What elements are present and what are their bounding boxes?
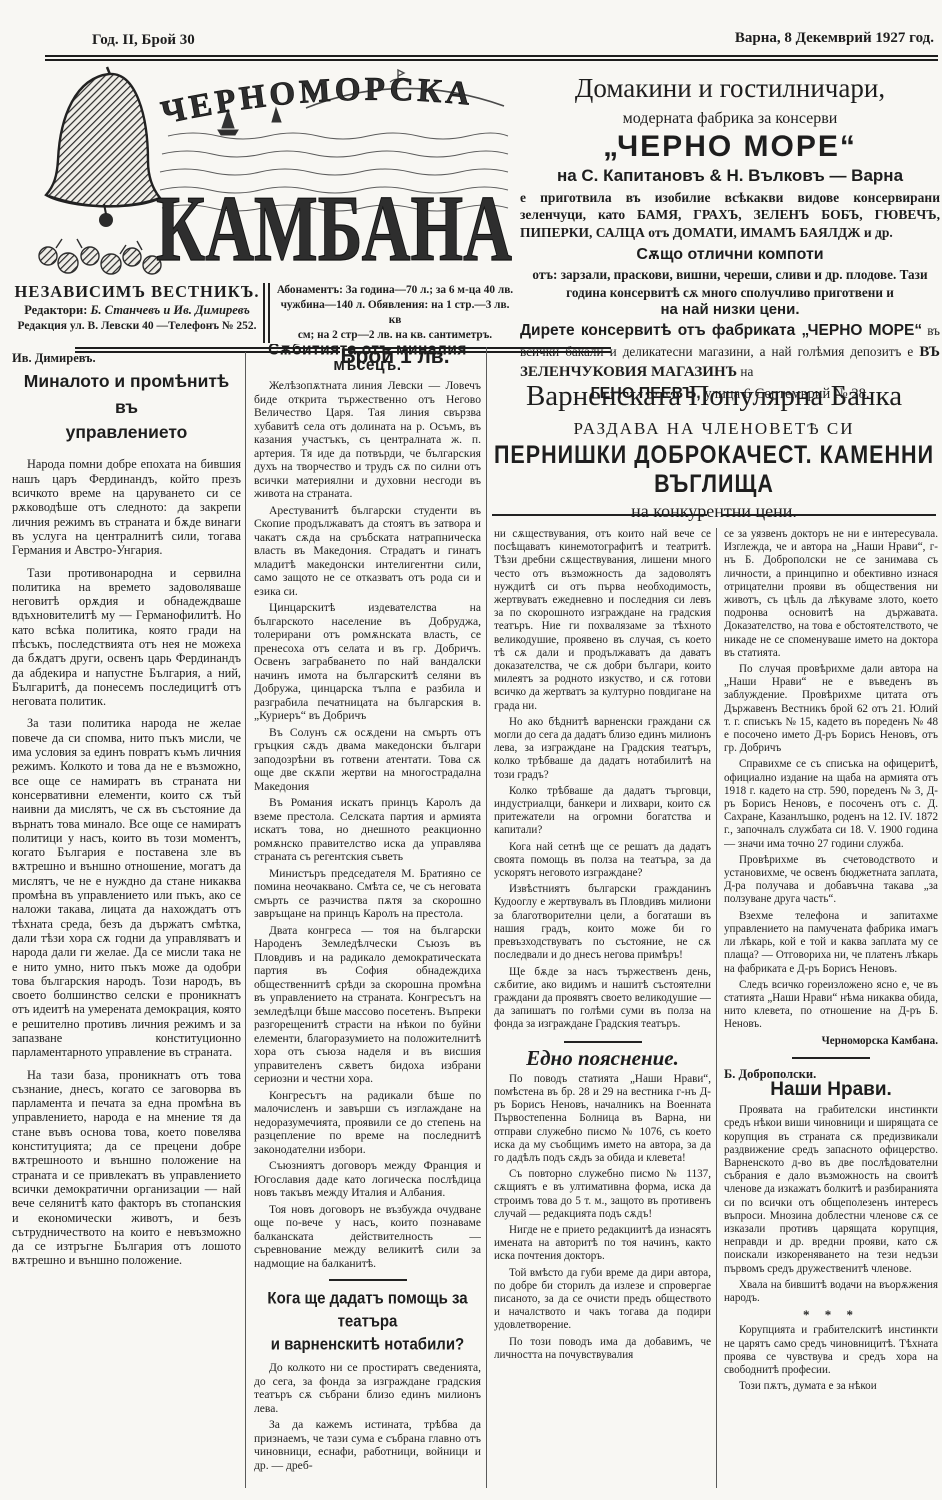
ad-body-fragment: на	[737, 364, 753, 379]
bank-name: Варненската Популярна Банка	[488, 380, 940, 413]
paragraph: По случая провѣрихме дали автора на „Наш…	[724, 663, 938, 755]
column-4: се за уязвенъ докторъ не ни е интересува…	[724, 528, 938, 1494]
paragraph: Но ако бѣднитѣ варненски граждани сѫ мог…	[494, 716, 711, 782]
article-title-line: управлението	[12, 420, 241, 445]
editorial-address: Редакция ул. В. Левски 40 —Телефонъ № 25…	[12, 319, 262, 334]
ad-body-text: е приготвила въ изобилие всѣкакви видове…	[520, 189, 940, 242]
paragraph: Корупцията и грабителскитѣ инстинкти не …	[724, 1324, 938, 1377]
ad-headline: Домакини и гостилничари,	[520, 74, 940, 104]
article-title: Сѫбитията отъ миналия мѣсецъ.	[254, 344, 481, 372]
masthead-title-top: ЧЕРНОМОРСКА	[158, 72, 475, 132]
paragraph: До колкото ни се простиратъ сведенията, …	[254, 1361, 481, 1415]
column-2: Сѫбитията отъ миналия мѣсецъ. Желѣзопѫтн…	[254, 344, 481, 1494]
paragraph: Хвала на бившитѣ водачи на въорѫжения на…	[724, 1279, 938, 1305]
bank-subline: РАЗДАВА НА ЧЛЕНОВЕТѢ СИ	[488, 419, 940, 439]
subscription-line: Абонаментъ: За година—70 л.; за 6 м-ца 4…	[276, 283, 514, 298]
paragraph: Въ Солунъ сѫ осѫдени на смърть отъ гръцк…	[254, 726, 481, 794]
editors-line: Редактори: Б. Станчевъ и Ив. Димиревъ	[12, 302, 262, 318]
column-1: Ив. Димиревъ. Миналото и промѣнитѣ въ уп…	[12, 351, 241, 1493]
ad-body-text: отъ: зарзали, праскови, вишни, череши, с…	[520, 266, 940, 301]
article-divider	[564, 1041, 642, 1043]
top-rule	[45, 55, 938, 61]
article-paragraphs: Но ако бѣднитѣ варненски граждани сѫ мог…	[494, 716, 711, 1032]
column-rule	[245, 352, 246, 1488]
paragraph: Конгресътъ на радикали бѣше по малочисле…	[254, 1089, 481, 1157]
article-title: Наши Нрави.	[724, 1083, 938, 1096]
article-divider	[329, 1279, 407, 1281]
ad-compote-line: Сѫщо отлични компоти	[520, 246, 940, 264]
column-rule	[486, 347, 487, 1488]
paragraph: Арестуванитѣ български студенти въ Скопи…	[254, 504, 481, 599]
ad-subline: модерната фабрика за консерви	[520, 110, 940, 128]
paragraph: Цинцарскитѣ издевателства на българското…	[254, 601, 481, 723]
article-title-line: Миналото и промѣнитѣ въ	[12, 369, 241, 420]
paragraph: Кога най сетнѣ ще се решатъ да дадатъ св…	[494, 841, 711, 881]
paragraph: Нигде не е прието редакциитѣ да изнасятъ…	[494, 1224, 711, 1264]
nameplate-block: НЕЗАВИСИМЪ ВЕСТНИКЪ. Редактори: Б. Станч…	[12, 281, 262, 334]
paragraph: Съ повторно служебно писмо № 1137, сѫщия…	[494, 1168, 711, 1221]
paragraph: За да кажемъ истината, трѣбва да признае…	[254, 1418, 481, 1472]
ad-owners: на С. Капитановъ & Н. Вълковъ — Варна	[520, 166, 940, 186]
paragraph: Колко трѣбваше да дадатъ търговци, индус…	[494, 785, 711, 838]
paragraph: Взехме телефона и запитахме управлението…	[724, 910, 938, 976]
crowd-figures	[39, 239, 161, 274]
paragraph: По поводъ статията „Наши Нрави“, помѣсте…	[494, 1073, 711, 1165]
paragraph: По този поводъ има да добавимъ, че лично…	[494, 1336, 711, 1362]
article-paragraphs: Корупцията и грабителскитѣ инстинкти не …	[724, 1324, 938, 1393]
masthead-title-main: КАМБАНА	[156, 177, 512, 278]
article-title-line: Кога ще дадатъ помощь за театъра	[254, 1287, 481, 1333]
ad-body-text: Дирете консервитѣ отъ фабриката „ЧЕРНО М…	[520, 321, 940, 382]
paragraph: Тази противонародна и сервилна политика …	[12, 566, 241, 709]
paragraph: Ще бѫде за насъ тържественъ день, сѫбити…	[494, 966, 711, 1032]
ad-conserve-factory: Домакини и гостилничари, модерната фабри…	[520, 74, 940, 403]
article-title: Кога ще дадатъ помощь за театъра и варне…	[254, 1287, 481, 1356]
paragraph: За тази политика народа не желае повече …	[12, 716, 241, 1059]
editors-label: Редактори:	[24, 303, 90, 317]
column-rule	[716, 528, 717, 1488]
article-paragraphs: Проявата на грабителски инстинкти средъ …	[724, 1104, 938, 1305]
masthead-illustration: ЧЕРНОМОРСКА КАМБАНА	[10, 64, 512, 278]
ad-call-to-action: Дирете консервитѣ отъ фабриката „ЧЕРНО М…	[520, 322, 922, 339]
paragraph: Справихме се съ списъка на офицеритѣ, оф…	[724, 758, 938, 850]
paragraph: Народа помни добре епохата на бившия наш…	[12, 457, 241, 557]
article-title-line: и варненскитѣ нотабили?	[254, 1333, 481, 1356]
paragraph: Провѣрихме въ счетоводството и установих…	[724, 854, 938, 907]
bank-price-line: на конкурентни цени.	[488, 501, 940, 522]
nameplate-divider	[263, 283, 270, 343]
paragraph-continuation: ни сѫществувания, отъ които най вече се …	[494, 528, 711, 713]
paragraph: Желѣзопѫтната линия Левски — Ловечъ биде…	[254, 379, 481, 501]
article-paragraphs: По поводъ статията „Наши Нрави“, помѣсте…	[494, 1073, 711, 1362]
byline: Ив. Димиревъ.	[12, 351, 241, 365]
paragraph-continuation: се за уязвенъ докторъ не ни е интересува…	[724, 528, 938, 660]
subscription-line: чужбина—140 л. Обявления: на 1 стр.—3 лв…	[276, 298, 514, 328]
paragraph: Той вмѣсто да губи време да дири автора,…	[494, 1267, 711, 1333]
bank-rule	[492, 514, 707, 516]
paragraph: Тоя новъ договоръ не възбужда очудване о…	[254, 1203, 481, 1271]
paragraph: Този пѫтъ, думата е за нѣкои	[724, 1380, 938, 1393]
ad-brand-name: „ЧЕРНО МОРЕ“	[520, 130, 940, 164]
subscription-line: см; на 2 стр—2 лв. на кв. сантиметръ.	[276, 328, 514, 343]
newspaper-page: Год. II, Брой 30 Варна, 8 Декемврий 1927…	[0, 0, 942, 1500]
paragraph: Въ Романия искатъ принцъ Каролъ да вземе…	[254, 796, 481, 864]
paragraph: Министъръ председателя М. Братияно се по…	[254, 867, 481, 921]
paragraph: Съюзниятъ договоръ между Франция и Югосл…	[254, 1159, 481, 1200]
bank-rule	[722, 514, 936, 516]
article-paragraphs: Желѣзопѫтната линия Левски — Ловечъ биде…	[254, 379, 481, 1270]
article-title: Едно пояснение.	[494, 1052, 711, 1065]
article-paragraphs: До колкото ни се простиратъ сведенията, …	[254, 1361, 481, 1472]
ad-price-emphasis: на най низки цени.	[520, 301, 940, 318]
bell-icon	[46, 67, 160, 227]
editors-names: Б. Станчевъ и Ив. Димиревъ	[90, 303, 249, 317]
paragraph: Двата конгреса — тоя на български Народе…	[254, 924, 481, 1086]
paragraph: Извѣстниятъ български гражданинъ Кудоогл…	[494, 883, 711, 962]
paragraph: Следъ всичко гореизложено ясно е, че въ …	[724, 979, 938, 1032]
article-divider	[792, 1057, 870, 1059]
paragraph: На тази база, проникнатъ отъ това съзнан…	[12, 1068, 241, 1268]
bank-product-line: ПЕРНИШКИ ДОБРОКАЧЕСТ. КАМЕННИ ВЪГЛИЩА	[488, 442, 940, 500]
newspaper-subtitle: НЕЗАВИСИМЪ ВЕСТНИКЪ.	[12, 281, 262, 302]
ad-popular-bank: Варненската Популярна Банка РАЗДАВА НА Ч…	[488, 380, 940, 522]
article-title: Миналото и промѣнитѣ въ управлението	[12, 369, 241, 445]
issue-number: Год. II, Брой 30	[92, 32, 195, 49]
column-3: ни сѫществувания, отъ които най вече се …	[494, 528, 711, 1494]
article-paragraphs: По случая провѣрихме дали автора на „Наш…	[724, 663, 938, 1031]
article-signature: Черноморска Камбана.	[724, 1035, 938, 1048]
paragraph: Проявата на грабителски инстинкти средъ …	[724, 1104, 938, 1276]
section-separator: * * *	[724, 1308, 938, 1321]
article-paragraphs: Народа помни добре епохата на бившия наш…	[12, 457, 241, 1267]
publication-date: Варна, 8 Декемврий 1927 год.	[735, 30, 934, 47]
